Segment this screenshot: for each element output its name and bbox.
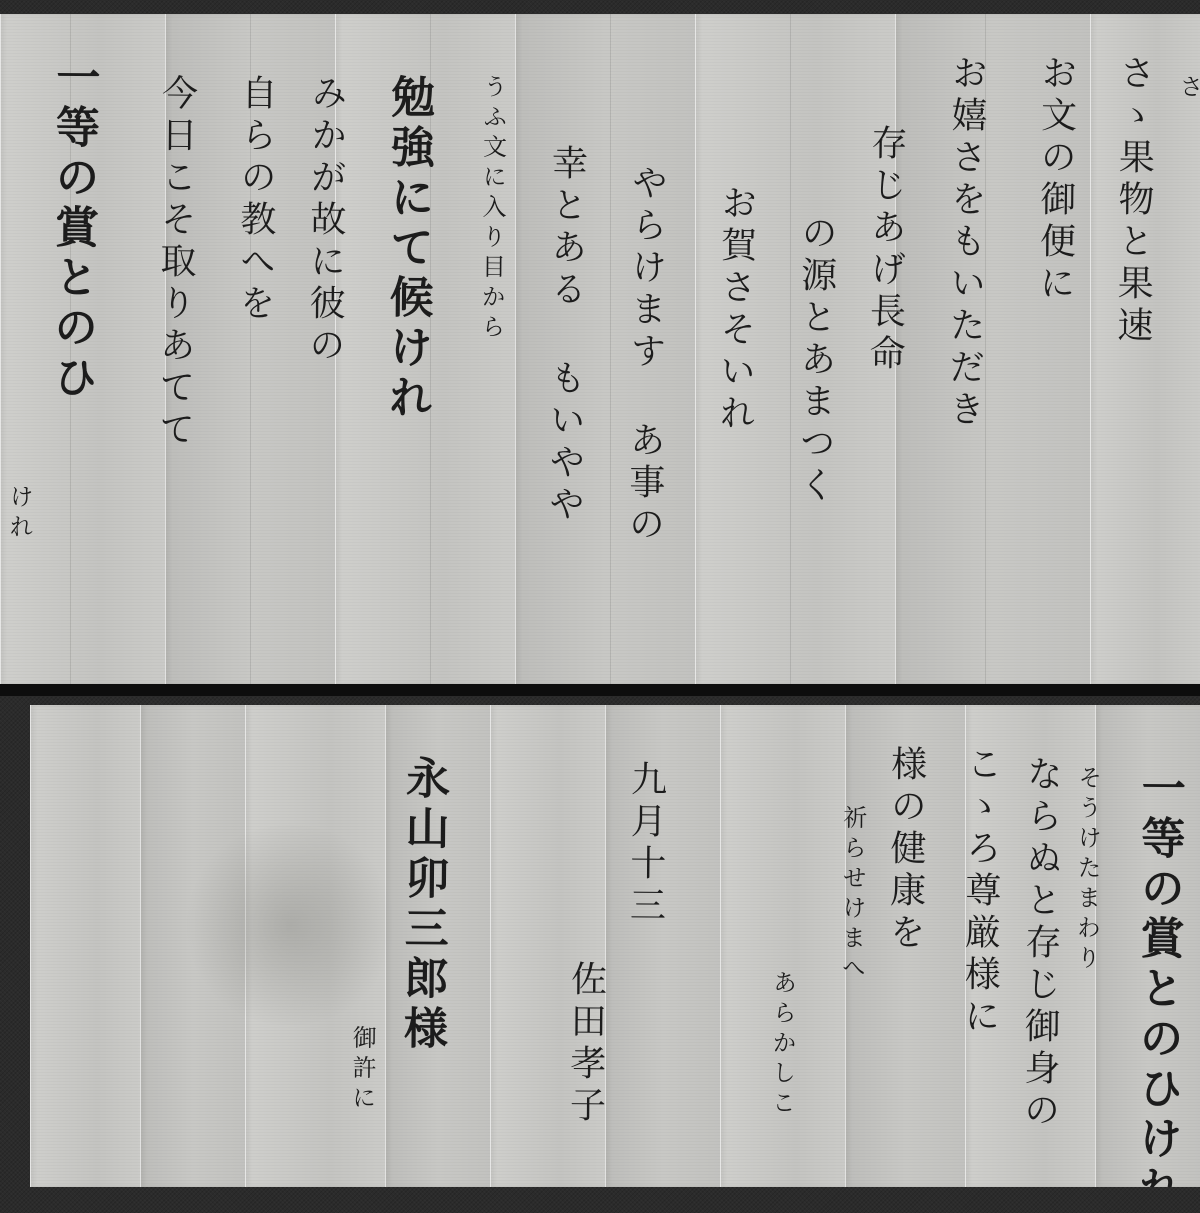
calligraphy-column: うふ文に入り目から <box>474 74 511 344</box>
calligraphy-column: そうけたまわり <box>1069 765 1106 975</box>
calligraphy-column: お文の御便に <box>1029 54 1082 306</box>
calligraphy-column: 九月十三 <box>619 760 671 928</box>
calligraphy-column: お賀さそいれ <box>709 184 762 436</box>
calligraphy-column: 一等の賞とのひ <box>38 54 105 405</box>
calligraphy-column: 勉強にて候けれ <box>373 74 440 425</box>
calligraphy-column: 存じあげ長命 <box>859 124 912 376</box>
calligraphy-column: さゝ果物と果速 <box>1107 54 1161 348</box>
calligraphy-column: 様の健康を <box>879 745 932 955</box>
calligraphy-column: 一等の賞とのひけれ <box>1123 765 1191 1187</box>
calligraphy-column: こゝろ尊厳様に <box>954 745 1008 1039</box>
calligraphy-column: 幸とある もいやや <box>538 144 592 527</box>
calligraphy-column: 佐田孝子 <box>559 960 611 1128</box>
calligraphy-column: 自らの教へを <box>229 74 282 326</box>
calligraphy-column: 祈らせけまへ <box>834 805 871 985</box>
calligraphy-column: お嬉さをもいただき <box>938 54 992 432</box>
ruled-line <box>610 14 611 684</box>
calligraphy-column: 永山卯三郎様 <box>389 755 456 1056</box>
calligraphy-column: やらけます あ事の <box>618 164 672 547</box>
calligraphy-column: みかが故に彼の <box>299 74 353 368</box>
water-stain <box>180 825 400 1025</box>
calligraphy-column: さ <box>1172 74 1200 104</box>
paper-panel <box>30 705 141 1187</box>
calligraphy-column: あらかしこ <box>764 970 800 1120</box>
calligraphy-column: 御許に <box>345 1025 381 1115</box>
calligraphy-column: 今日こそ取りあてて <box>148 74 202 452</box>
letter-bottom-strip: 一等の賞とのひけれ そうけたまわり ならぬと存じ御身の こゝろ尊厳様に 様の健康… <box>30 705 1200 1187</box>
calligraphy-column: の源とあまつく <box>789 214 843 508</box>
calligraphy-column: ならぬと存じ御身の <box>1013 755 1067 1133</box>
letter-top-strip: さ さゝ果物と果速 お文の御便に お嬉さをもいただき 存じあげ長命 の源とあまつ… <box>0 14 1200 684</box>
calligraphy-column: けれ <box>2 484 38 544</box>
